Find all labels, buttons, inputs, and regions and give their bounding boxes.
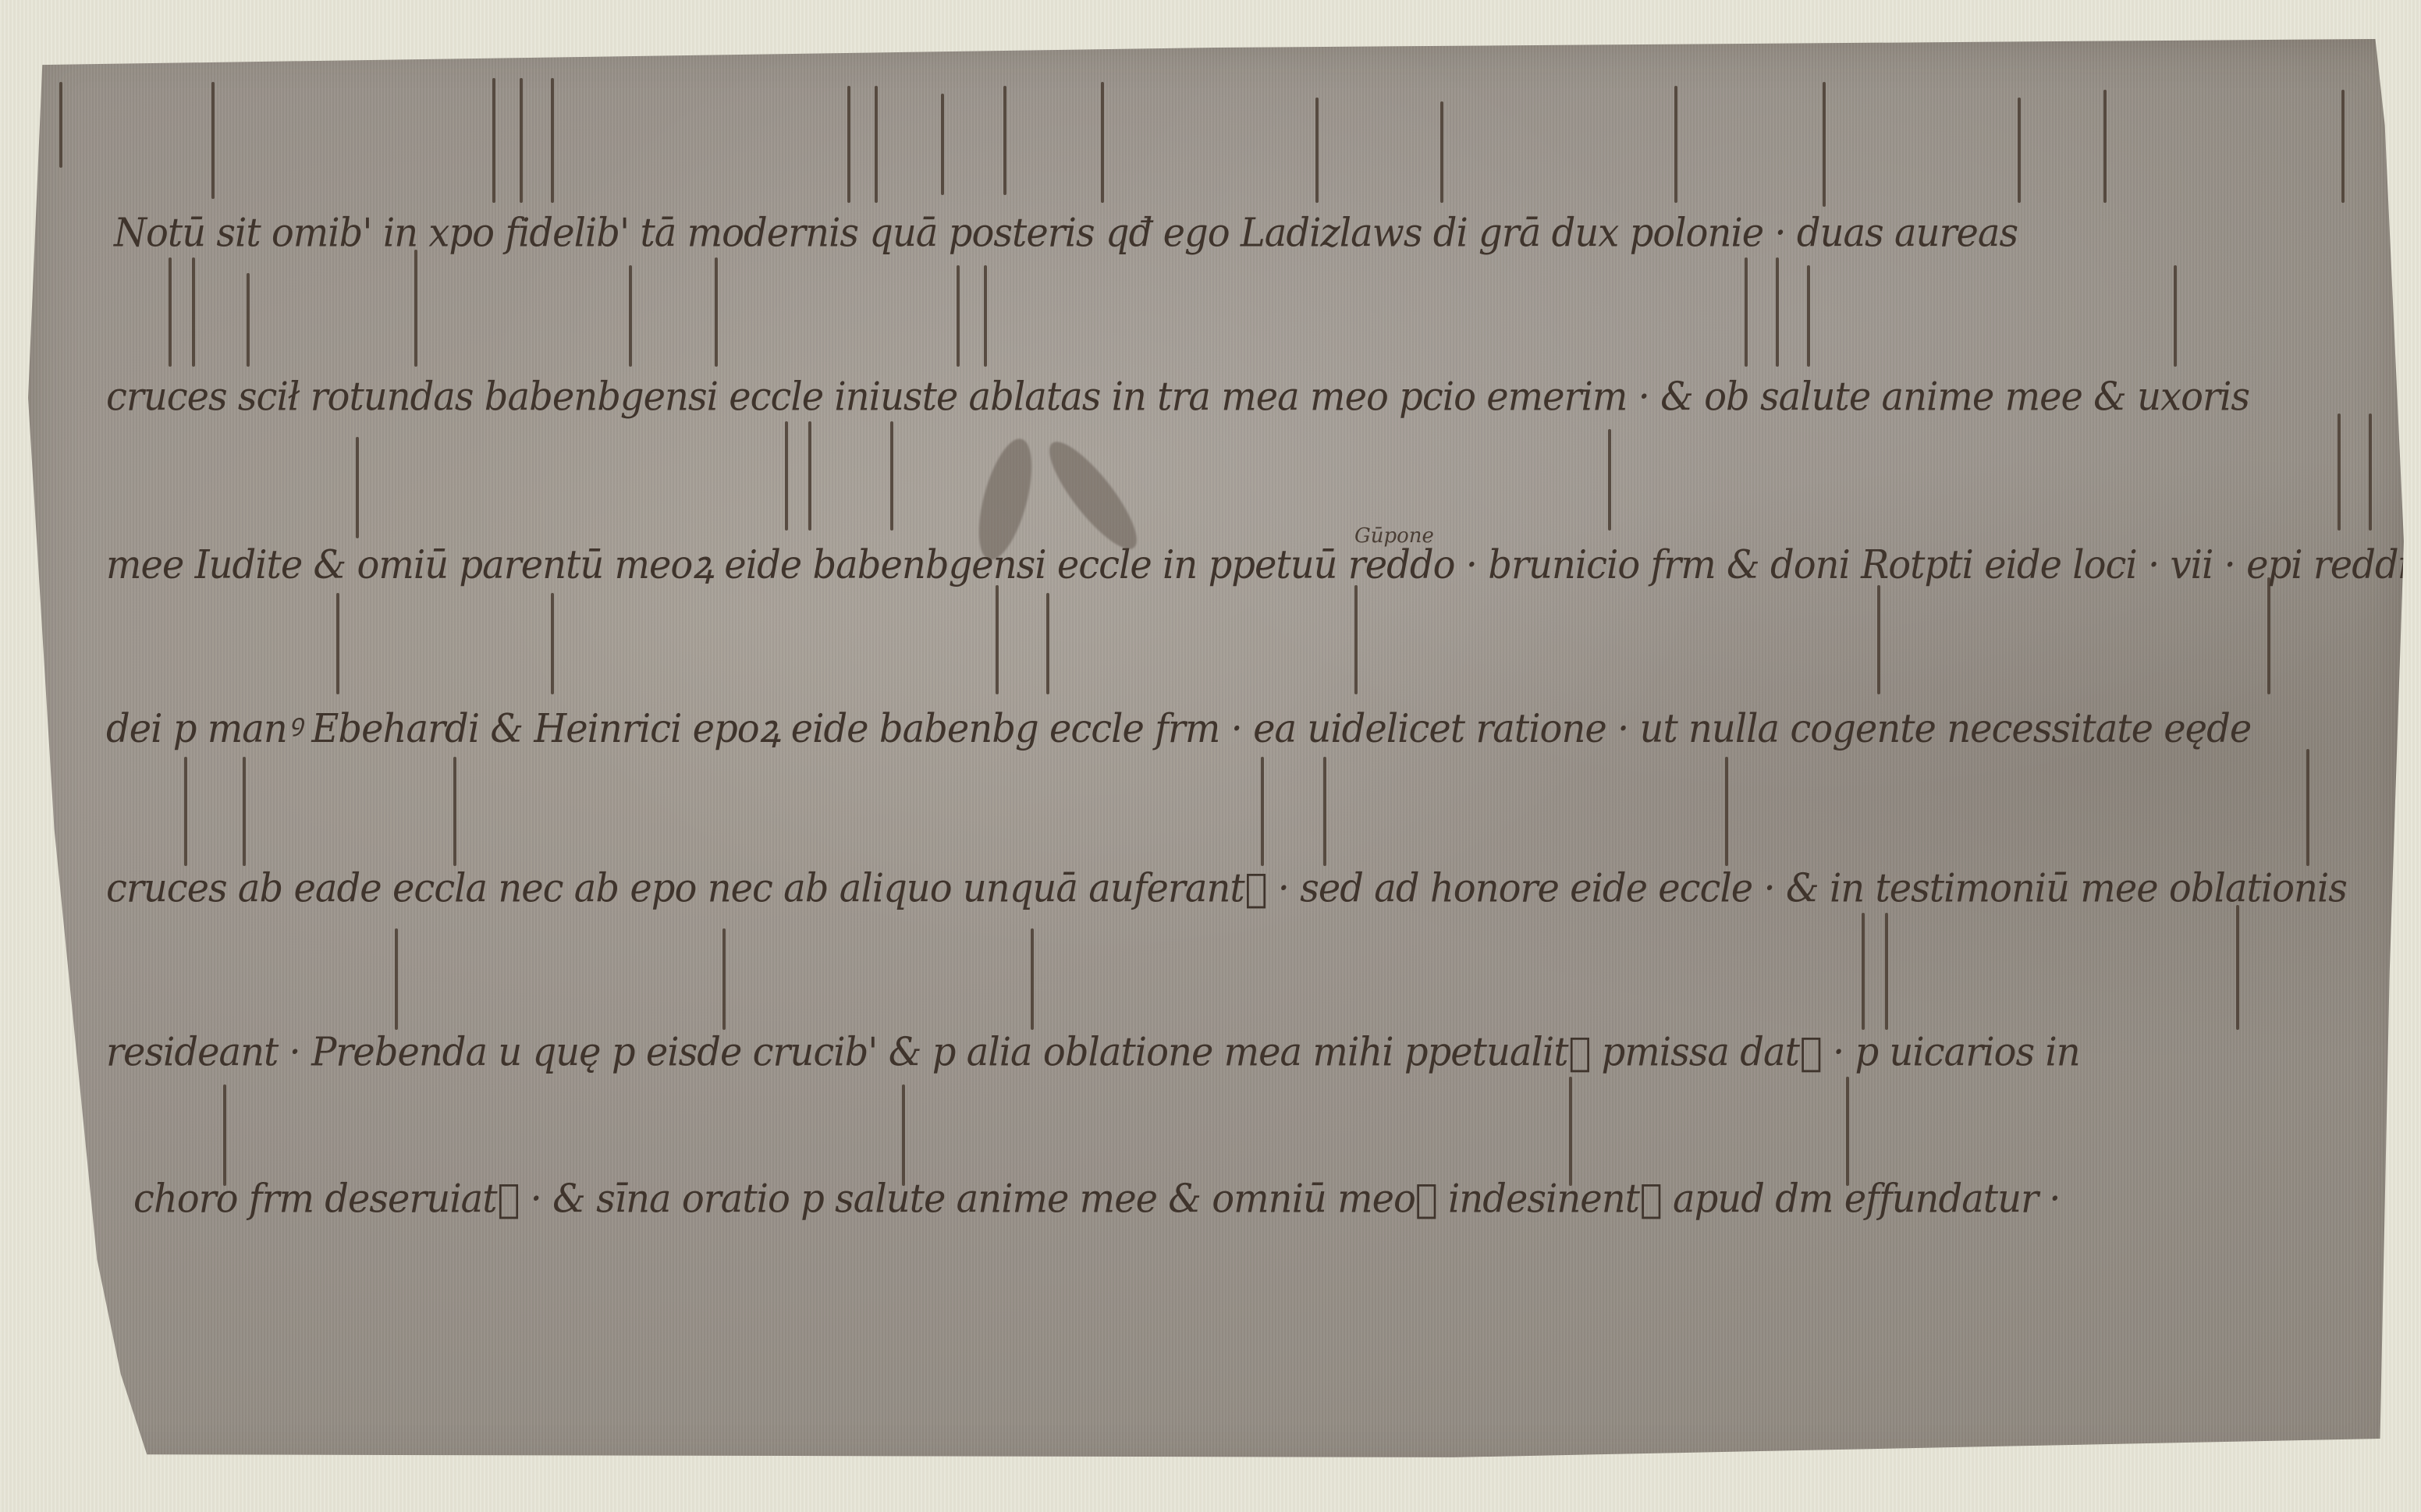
charter-line-3: mee Iudite & omiū parentū meoꝝ eide babe… bbox=[106, 538, 2409, 591]
charter-line-2: cruces scił rotundas babenbgensi eccle i… bbox=[106, 374, 2249, 420]
charter-line-5: cruces ab eade eccla nec ab epo nec ab a… bbox=[106, 865, 2347, 911]
parchment-sheet: Notū sit omib' in xpo fidelib' tā modern… bbox=[28, 39, 2404, 1475]
charter-line-1: Notū sit omib' in xpo fidelib' tā modern… bbox=[114, 210, 2018, 256]
charter-line-6: resideant · Prebenda u quę p eisde cruci… bbox=[106, 1029, 2080, 1075]
charter-line-4: dei p manꝰ Ebehardi & Heinrici epoꝝ eide… bbox=[106, 701, 2251, 754]
charter-line-7: choro frm deseruiatᷣ · & sīna oratio p s… bbox=[133, 1176, 2060, 1222]
